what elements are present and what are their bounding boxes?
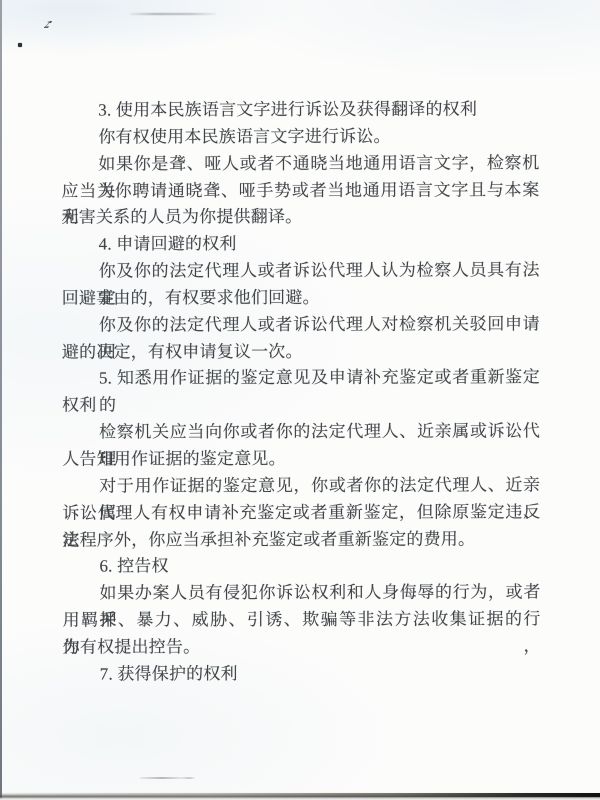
section-6-body-line: 如果办案人员有侵犯你诉讼权利和人身侮辱的行为，或者采 — [62, 580, 540, 608]
document-text-block: 3. 使用本民族语言文字进行诉讼及获得翻译的权利 你有权使用本民族语言文字进行诉… — [61, 96, 541, 688]
section-5-body-line: 检察机关应当向你或者你的法定代理人、近亲属或诉讼代理 — [62, 418, 540, 446]
section-3-body-line: 你有权使用本民族语言文字进行诉讼。 — [61, 123, 539, 151]
ink-squiggle-mark — [41, 19, 55, 32]
section-6-heading-line: 6. 控告权 — [62, 553, 540, 581]
section-5-body-line: 对于用作证据的鉴定意见，你或者你的法定代理人、近亲属、 — [62, 472, 540, 500]
scanned-document-page: 3. 使用本民族语言文字进行诉讼及获得翻译的权利 你有权使用本民族语言文字进行诉… — [0, 0, 600, 800]
section-4-body-line: 回避事由的，有权要求他们回避。 — [62, 284, 540, 312]
section-5-heading-line-1: 5. 知悉用作证据的鉴定意见及申请补充鉴定或者重新鉴定的 — [62, 365, 540, 393]
ink-dot-mark — [18, 43, 22, 47]
section-5-body-line: 诉讼代理人有权申请补充鉴定或者重新鉴定，但除原鉴定违反法 — [62, 499, 540, 527]
scan-bottom-edge-dark-line — [0, 793, 600, 797]
section-3-body-line: 如果你是聋、哑人或者不通晓当地通用语言文字，检察机关 — [61, 150, 539, 178]
scan-left-edge-line — [0, 0, 2, 800]
scan-bottom-smudge-line — [140, 777, 195, 779]
section-4-heading-line: 4. 申请回避的权利 — [62, 231, 540, 259]
section-4-body-line: 你及你的法定代理人或者诉讼代理人认为检察人员具有法定 — [62, 257, 540, 285]
section-4-body-line: 避的决定，有权申请复议一次。 — [62, 338, 540, 366]
section-7-heading-line: 7. 获得保护的权利 — [63, 660, 541, 688]
section-3-body-line: 应当为你聘请通晓聋、哑手势或者当地通用语言文字且与本案无 — [61, 177, 539, 205]
section-3-heading-line: 3. 使用本民族语言文字进行诉讼及获得翻译的权利 — [61, 96, 539, 124]
section-6-body-line: 用羁押、暴力、威胁、引诱、欺骗等非法方法收集证据的行为， — [63, 606, 541, 634]
section-5-body-line: 人告知用作证据的鉴定意见。 — [62, 445, 540, 473]
section-4-body-line: 你及你的法定代理人或者诉讼代理人对检察机关驳回申请回 — [62, 311, 540, 339]
section-3-body-line: 利害关系的人员为你提供翻译。 — [62, 204, 540, 232]
section-5-body-line: 定程序外，你应当承担补充鉴定或者重新鉴定的费用。 — [62, 526, 540, 554]
section-5-heading-line-2: 权利 — [62, 392, 540, 420]
scan-top-smudge-line — [130, 13, 216, 15]
